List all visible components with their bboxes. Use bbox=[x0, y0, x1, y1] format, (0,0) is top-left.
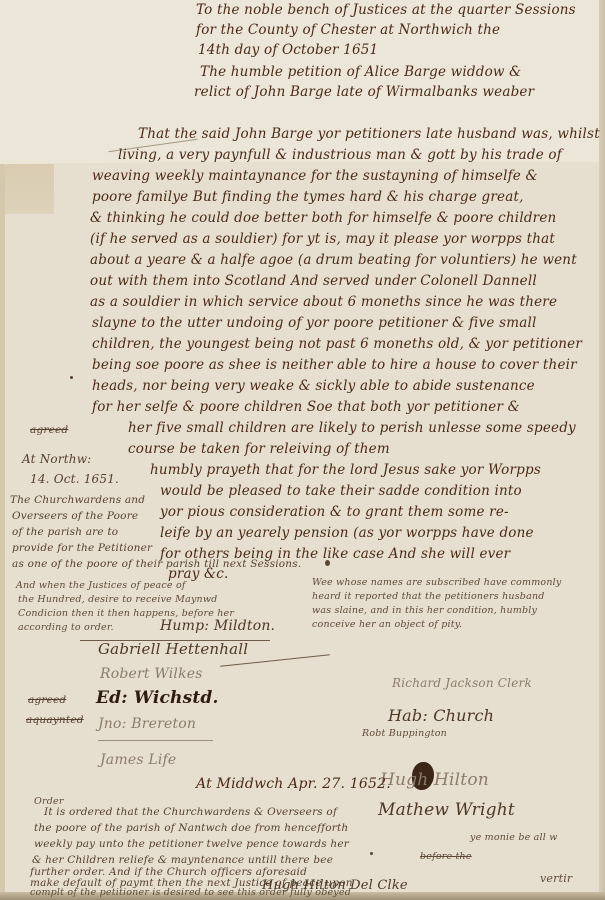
body-line: for her selfe & poore children Soe that … bbox=[92, 399, 520, 415]
prayer-line: would be pleased to take their sadde con… bbox=[160, 483, 522, 499]
body-line: being soe poore as shee is neither able … bbox=[92, 357, 577, 373]
certificate-line: conceive her an object of pity. bbox=[312, 619, 462, 630]
second-order-line: the poore of the parish of Nantwch doe f… bbox=[34, 822, 348, 834]
signature: Robert Wilkes bbox=[100, 666, 203, 682]
margin-order-line: Overseers of the Poore bbox=[12, 510, 138, 522]
body-line: weaving weekly maintaynance for the sust… bbox=[92, 168, 538, 184]
prayer-line: leife by an yearely pension (as yor worp… bbox=[160, 525, 534, 541]
body-line: That the said John Barge yor petitioners… bbox=[138, 126, 600, 142]
body-line: out with them into Scotland And served u… bbox=[90, 273, 537, 289]
certificate-line: heard it reported that the petitioners h… bbox=[312, 591, 545, 602]
struck-margin-word: agreed bbox=[30, 424, 68, 436]
signature: Ed: Wichstd. bbox=[96, 688, 219, 708]
heading-line-3: 14th day of October 1651 bbox=[198, 42, 378, 58]
certificate-line: was slaine, and in this her condition, h… bbox=[312, 605, 537, 616]
signature: Hugh Hilton bbox=[380, 770, 489, 790]
prayer-line: yor pious consideration & to grant them … bbox=[160, 504, 509, 520]
body-line: course be taken for releiving of them bbox=[128, 441, 390, 457]
right-note: ye monie be all w bbox=[470, 832, 558, 843]
paper-left-edge bbox=[0, 164, 5, 900]
margin-continuation-line: according to order. bbox=[18, 622, 114, 633]
petition-title-line-2: relict of John Barge late of Wirmalbanks… bbox=[194, 84, 534, 100]
margin-order-line: as one of the poore of their parish till… bbox=[12, 558, 301, 570]
signature: Hab: Church bbox=[388, 706, 494, 725]
body-line: living, a very paynfull & industrious ma… bbox=[118, 147, 562, 163]
order-place: At Northw: bbox=[22, 452, 91, 466]
signature: Robt Buppington bbox=[362, 728, 447, 739]
right-note-struck: before the bbox=[420, 851, 472, 862]
second-order-line: It is ordered that the Churchwardens & O… bbox=[44, 806, 337, 818]
heading-line-1: To the noble bench of Justices at the qu… bbox=[196, 2, 576, 18]
paper-fold-stain bbox=[4, 164, 54, 214]
struck-margin-word: agreed bbox=[28, 694, 66, 706]
signature-rule bbox=[98, 740, 213, 741]
body-line: her five small children are likely to pe… bbox=[128, 420, 576, 436]
margin-order-line: provide for the Petitioner bbox=[12, 542, 152, 554]
body-line: about a yeare & a halfe agoe (a drum bea… bbox=[90, 252, 577, 268]
struck-margin-word: aquaynted bbox=[26, 714, 84, 726]
manuscript-sheet: To the noble bench of Justices at the qu… bbox=[0, 0, 605, 900]
body-line: poore familye But finding the tymes hard… bbox=[92, 189, 524, 205]
body-line: as a souldier in which service about 6 m… bbox=[90, 294, 557, 310]
endorsement: vertir bbox=[540, 872, 572, 885]
ink-speck bbox=[370, 852, 373, 855]
body-line: (if he served as a souldier) for yt is, … bbox=[90, 231, 555, 247]
signature: Richard Jackson Clerk bbox=[392, 676, 532, 690]
signature: Jno: Brereton bbox=[98, 716, 196, 732]
second-order-line: weekly pay unto the petitioner twelve pe… bbox=[34, 838, 349, 850]
signature: James Life bbox=[100, 752, 176, 768]
heading-line-2: for the County of Chester at Northwich t… bbox=[196, 22, 500, 38]
ink-speck bbox=[70, 376, 73, 379]
prayer-line: humbly prayeth that for the lord Jesus s… bbox=[150, 462, 541, 478]
second-order-date: At Middwch Apr. 27. 1652. bbox=[196, 776, 391, 792]
margin-continuation-line: And when the Justices of peace of bbox=[16, 580, 186, 591]
margin-order-line: of the parish are to bbox=[12, 526, 118, 538]
body-line: heads, nor being very weake & sickly abl… bbox=[92, 378, 535, 394]
signature: Hump: Mildton. bbox=[160, 618, 275, 634]
body-line: & thinking he could doe better both for … bbox=[90, 210, 556, 226]
second-order-line: & her Children reliefe & mayntenance unt… bbox=[32, 854, 333, 866]
clerk-signature: Hugh Hilton Del Clke bbox=[262, 878, 408, 893]
signature: Mathew Wright bbox=[378, 800, 515, 820]
body-line: slayne to the utter undoing of yor poore… bbox=[92, 315, 536, 331]
petition-title-line-1: The humble petition of Alice Barge widdo… bbox=[200, 64, 521, 80]
order-date: 14. Oct. 1651. bbox=[30, 472, 119, 486]
ink-speck bbox=[325, 560, 330, 566]
signature: Gabriell Hettenhall bbox=[98, 640, 248, 658]
body-line: children, the youngest being not past 6 … bbox=[92, 336, 582, 352]
margin-order-line: The Churchwardens and bbox=[10, 494, 145, 506]
certificate-line: Wee whose names are subscribed have comm… bbox=[312, 577, 561, 588]
margin-continuation-line: the Hundred, desire to receive Maynwd bbox=[18, 594, 217, 605]
